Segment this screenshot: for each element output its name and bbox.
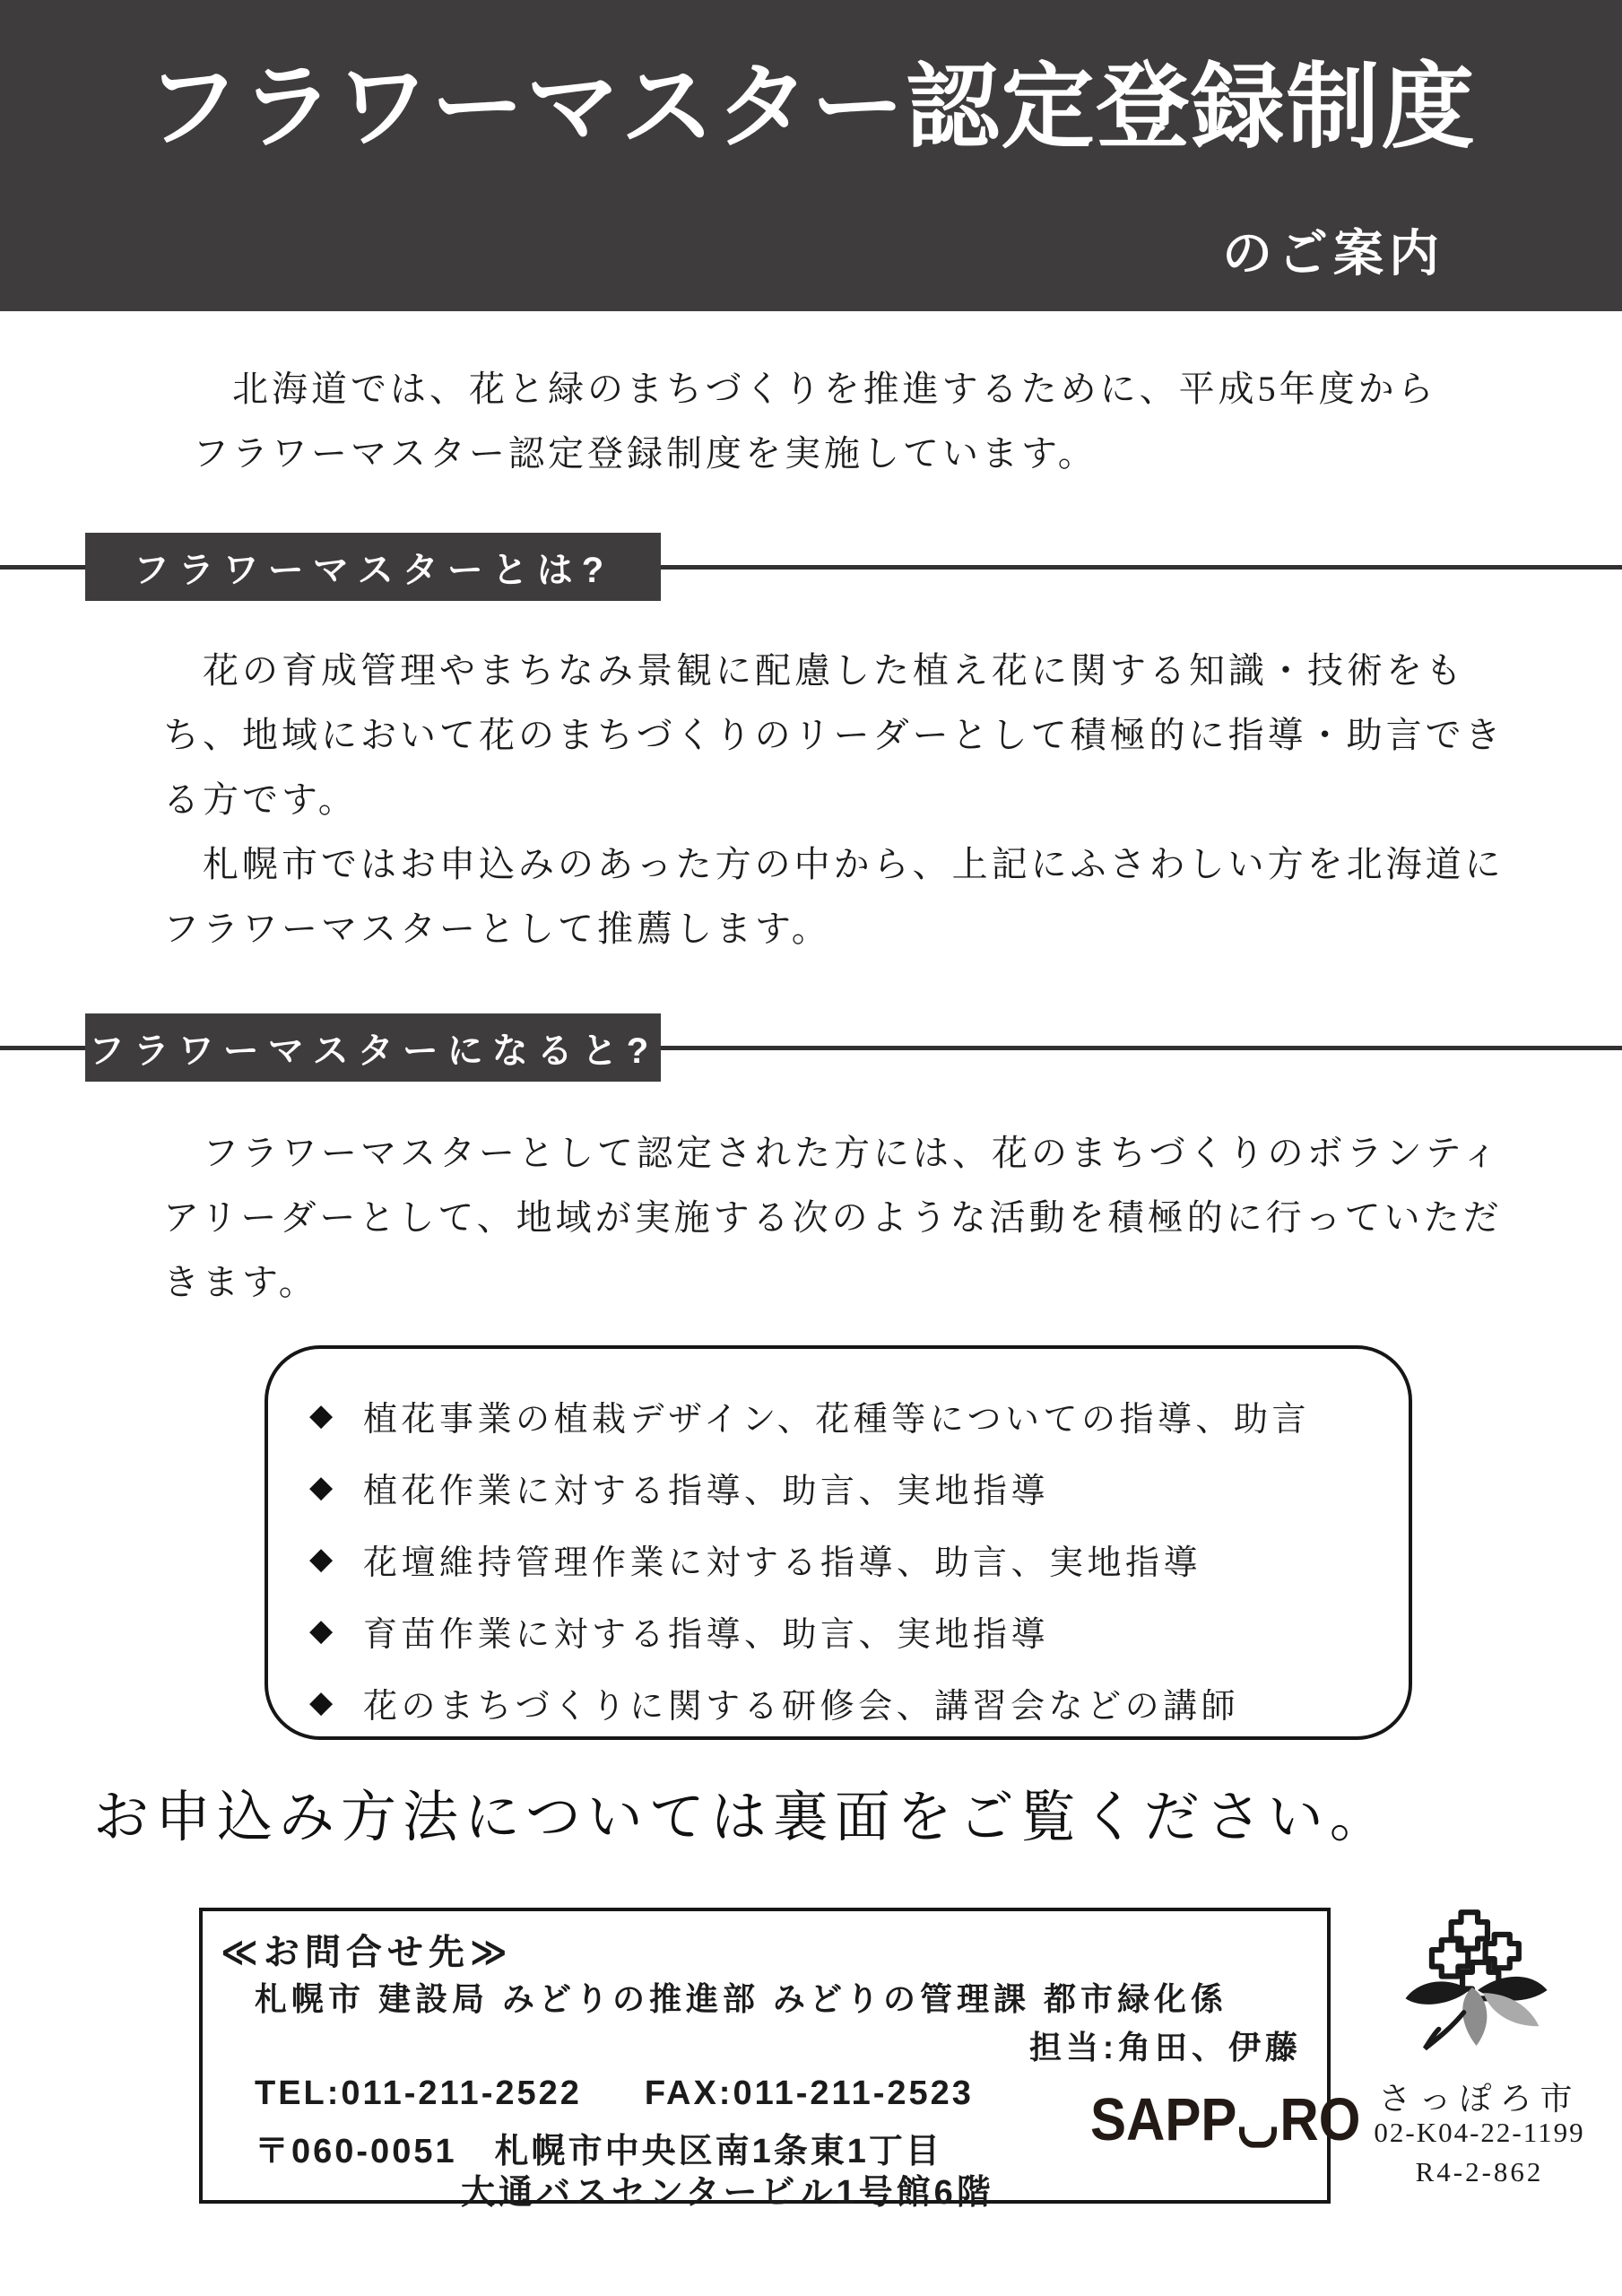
section-heading-when-become: フラワーマスターになると? (85, 1013, 661, 1082)
flyer-page: フラワーマスター認定登録制度 のご案内 北海道では、花と緑のまちづくりを推進する… (0, 0, 1622, 2296)
contact-phone-row: TEL:011-211-2522 FAX:011-211-2523 (255, 2074, 974, 2113)
activity-item: ◆ 花壇維持管理作業に対する指導、助言、実地指導 (309, 1523, 1403, 1595)
contact-staff: 担当:角田、伊藤 (1029, 2022, 1302, 2068)
contact-tel: TEL:011-211-2522 (255, 2074, 582, 2113)
activity-text: 花壇維持管理作業に対する指導、助言、実地指導 (363, 1535, 1201, 1584)
diamond-bullet-icon: ◆ (309, 1541, 363, 1577)
paragraph-line: フラワーマスターとして認定された方には、花のまちづくりのボランティ (163, 1121, 1526, 1186)
paragraph-line: ち、地域において花のまちづくりのリーダーとして積極的に指導・助言でき (163, 703, 1526, 768)
wordmark-text-right: RO (1279, 2090, 1360, 2150)
page-title: フラワーマスター認定登録制度 (0, 52, 1622, 164)
activity-item: ◆ 植花作業に対する指導、助言、実地指導 (309, 1451, 1403, 1523)
paragraph-line: アリーダーとして、地域が実施する次のような活動を積極的に行っていただ (163, 1186, 1526, 1250)
contact-box-title: ≪お問合せ先≫ (221, 1924, 513, 1975)
intro-line: 北海道では、花と緑のまちづくりを推進するために、平成5年度から (193, 357, 1538, 422)
paragraph-line: きます。 (163, 1250, 1526, 1315)
contact-box: ≪お問合せ先≫ 札幌市 建設局 みどりの推進部 みどりの管理課 都市緑化係 担当… (199, 1908, 1331, 2204)
smile-icon (1239, 2126, 1277, 2148)
paragraph-line: 札幌市ではお申込みのあった方の中から、上記にふさわしい方を北海道に (163, 832, 1526, 897)
activity-item: ◆ 育苗作業に対する指導、助言、実地指導 (309, 1595, 1403, 1666)
section-when-become-paragraph: フラワーマスターとして認定された方には、花のまちづくりのボランティアリーダーとし… (163, 1121, 1526, 1315)
section-what-is-paragraph: 花の育成管理やまちなみ景観に配慮した植え花に関する知識・技術をもち、地域において… (163, 639, 1526, 961)
activity-text: 植花作業に対する指導、助言、実地指導 (363, 1463, 1049, 1512)
activity-item: ◆ 花のまちづくりに関する研修会、講習会などの講師 (309, 1666, 1403, 1738)
stamp-code-1: 02-K04-22-1199 (1349, 2117, 1609, 2149)
cta-see-reverse-side: お申込み方法については裏面をご覧ください。 (93, 1772, 1392, 1852)
activity-text: 育苗作業に対する指導、助言、実地指導 (363, 1606, 1049, 1656)
contact-department: 札幌市 建設局 みどりの推進部 みどりの管理課 都市緑化係 (255, 1974, 1227, 2020)
header-banner: フラワーマスター認定登録制度 のご案内 (0, 0, 1622, 311)
diamond-bullet-icon: ◆ (309, 1613, 363, 1648)
contact-fax: FAX:011-211-2523 (645, 2074, 974, 2113)
intro-paragraph: 北海道では、花と緑のまちづくりを推進するために、平成5年度からフラワーマスター認… (193, 357, 1538, 486)
page-subtitle: のご案内 (1222, 226, 1444, 282)
contact-address-line2: 大通バスセンタービル1号館6階 (461, 2164, 994, 2213)
contact-postal-code: 〒060-0051 (255, 2123, 457, 2172)
activity-item: ◆ 植花事業の植栽デザイン、花種等についての指導、助言 (309, 1379, 1403, 1451)
section-heading-what-is: フラワーマスターとは? (85, 533, 661, 601)
paragraph-line: る方です。 (163, 768, 1526, 832)
sapporo-lilac-emblem-icon (1392, 1907, 1558, 2074)
sapporo-wordmark: SAPP RO (1090, 2090, 1360, 2150)
paragraph-line: フラワーマスターとして推薦します。 (163, 897, 1526, 961)
diamond-bullet-icon: ◆ (309, 1469, 363, 1505)
stamp-code-2: R4-2-862 (1349, 2156, 1609, 2188)
activity-text: 花のまちづくりに関する研修会、講習会などの講師 (363, 1678, 1239, 1727)
diamond-bullet-icon: ◆ (309, 1397, 363, 1433)
activity-text: 植花事業の植栽デザイン、花種等についての指導、助言 (363, 1391, 1310, 1440)
paragraph-line: 花の育成管理やまちなみ景観に配慮した植え花に関する知識・技術をも (163, 639, 1526, 703)
intro-line: フラワーマスター認定登録制度を実施しています。 (193, 422, 1538, 486)
diamond-bullet-icon: ◆ (309, 1684, 363, 1720)
wordmark-text-left: SAPP (1090, 2090, 1236, 2150)
activities-list: ◆ 植花事業の植栽デザイン、花種等についての指導、助言 ◆ 植花作業に対する指導… (309, 1379, 1403, 1738)
stamp-city-name: さっぽろ市 (1349, 2074, 1609, 2119)
